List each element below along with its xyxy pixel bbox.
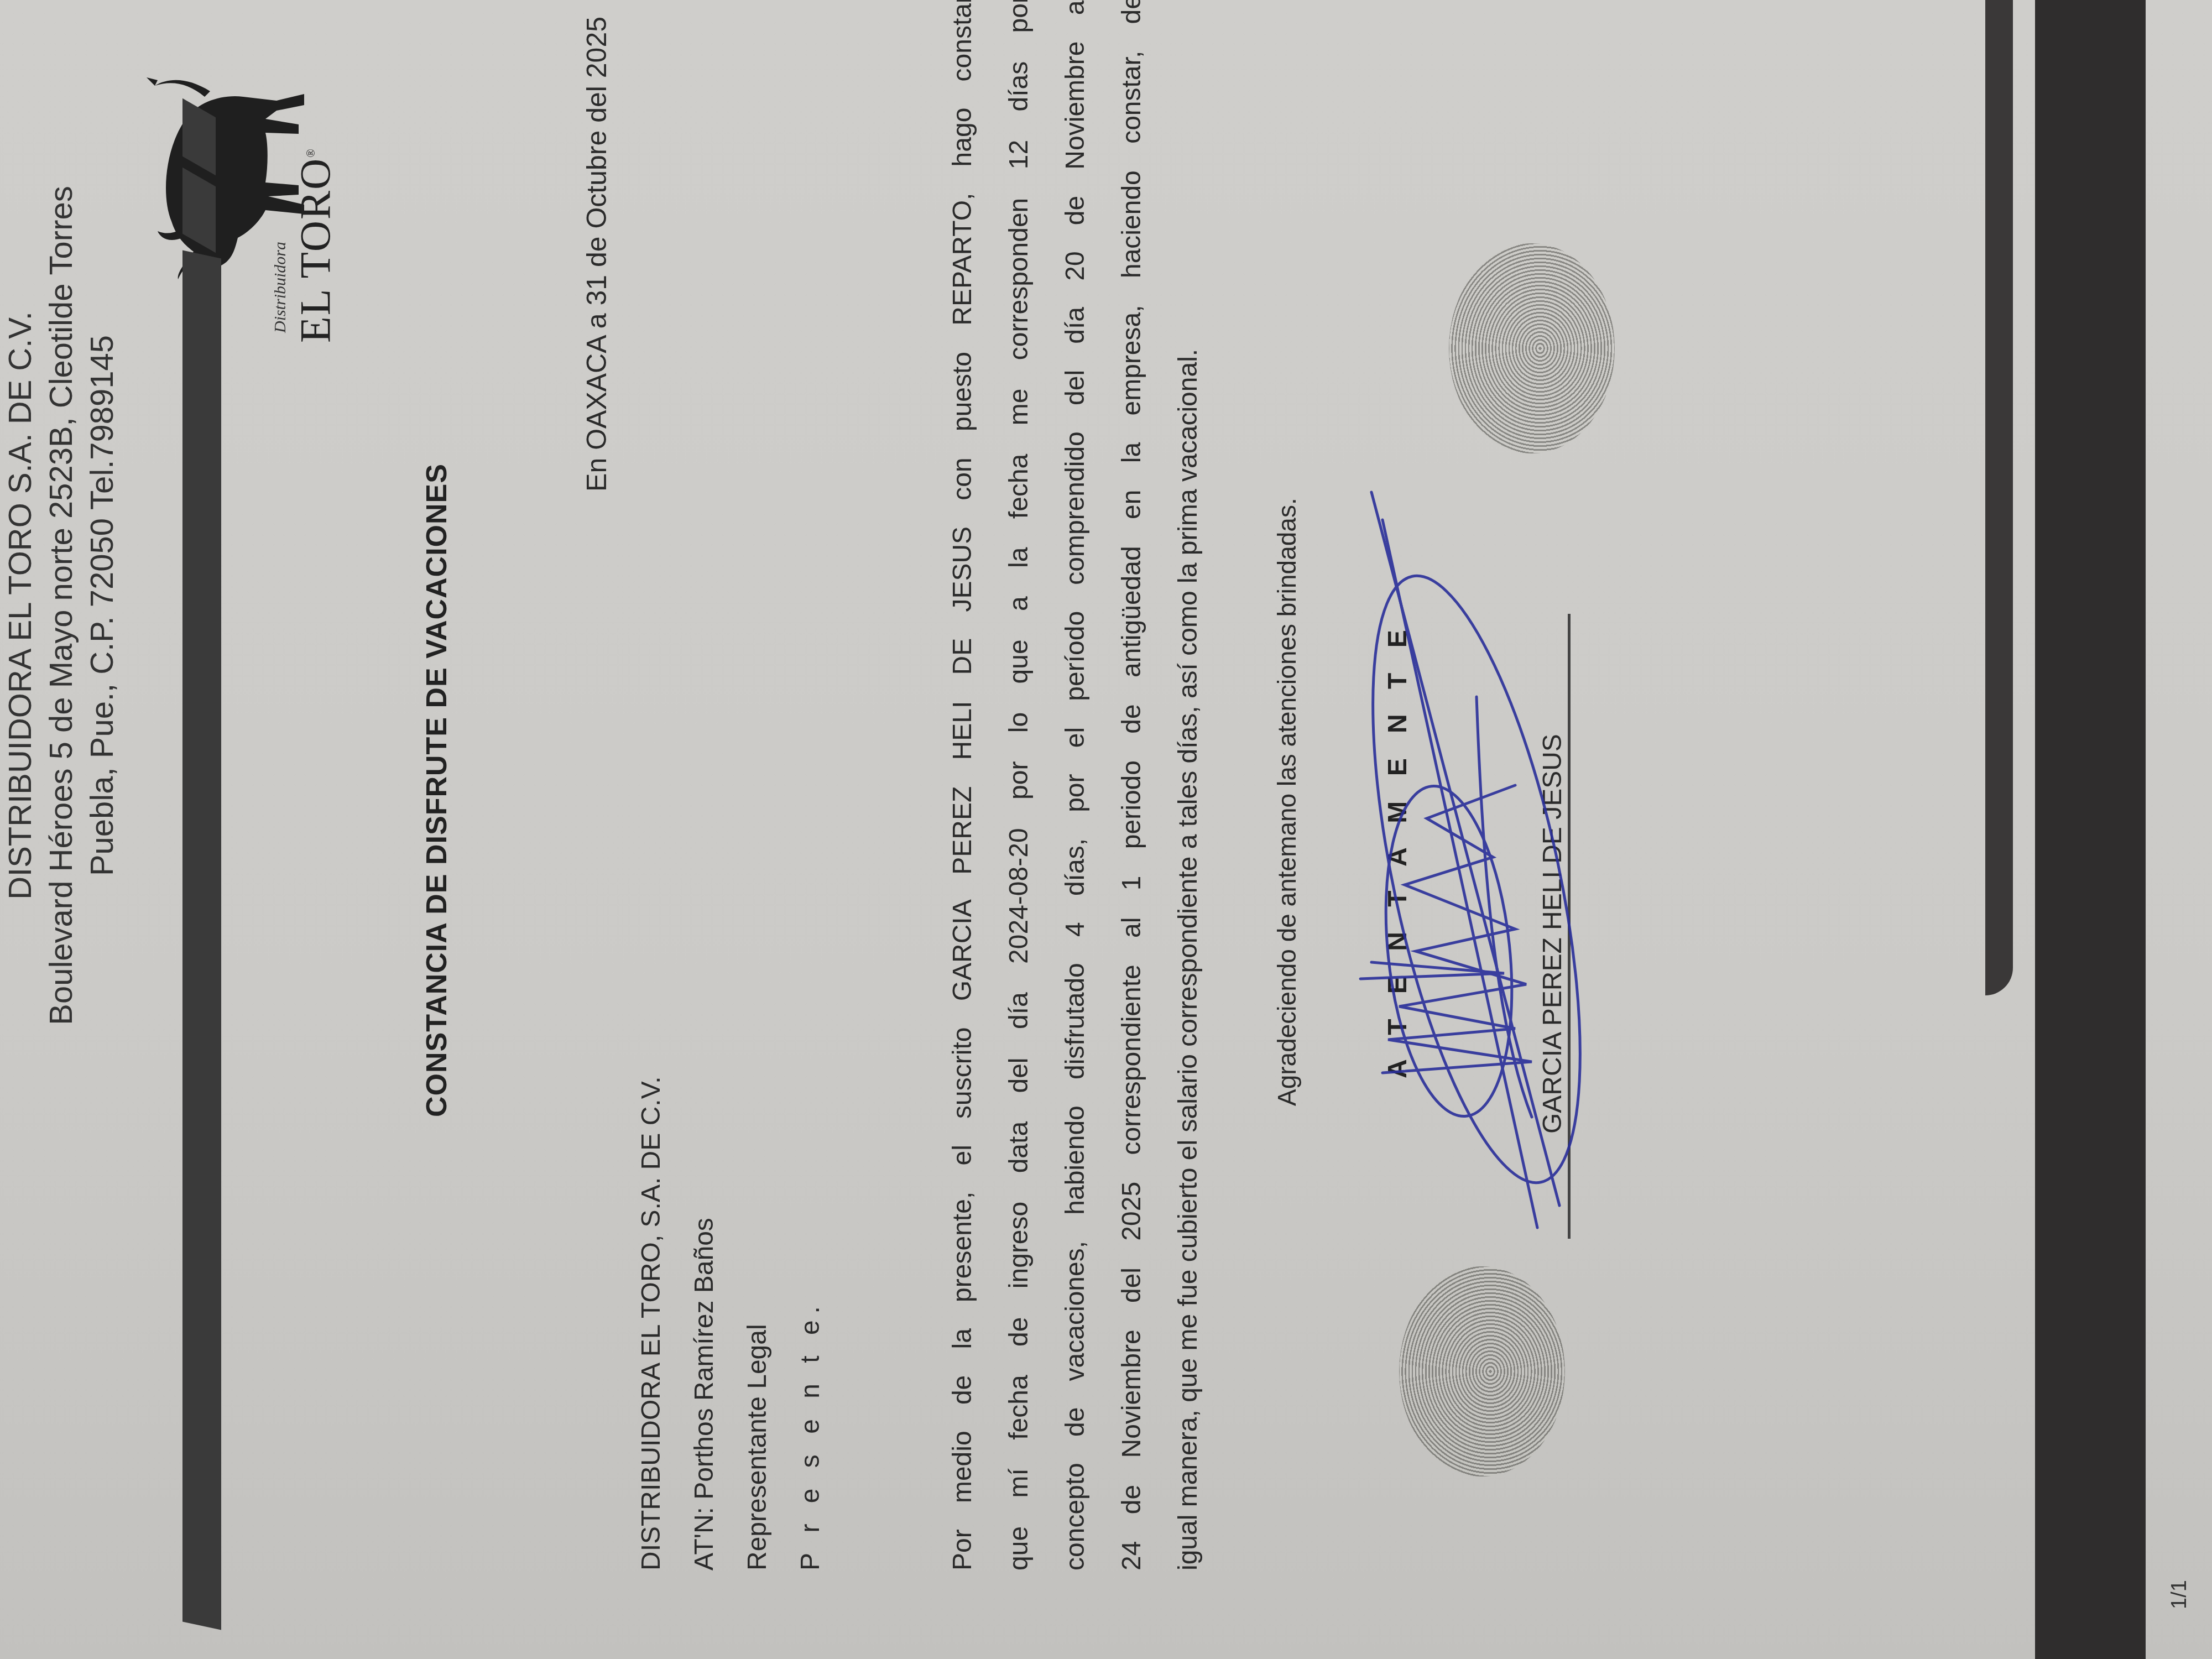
signature-icon xyxy=(1349,465,1604,1239)
registered-mark: ® xyxy=(305,148,317,157)
body-line: igual manera, que me fue cubierto el sal… xyxy=(1160,0,1217,1571)
document-page: DISTRIBUIDORA EL TORO S.A. DE C.V. Boule… xyxy=(0,0,2212,1659)
fingerprint-icon xyxy=(1449,243,1615,453)
addressee-role: Representante Legal xyxy=(742,1076,795,1571)
logo-small-text: Distribuidora xyxy=(271,66,290,333)
salutation: P r e s e n t e. xyxy=(795,1076,848,1571)
company-name: DISTRIBUIDORA EL TORO S.A. DE C.V. xyxy=(0,66,41,1145)
body-line: Por medio de la presente, el suscrito GA… xyxy=(935,0,991,1571)
decorative-bar xyxy=(1985,0,2013,995)
logo-wordmark: Distribuidora EL TORO® xyxy=(271,66,337,343)
fingerprint-icon xyxy=(1399,1266,1565,1477)
decorative-bar xyxy=(2035,0,2146,1659)
addressee-attention: AT'N: Porthos Ramírez Baños xyxy=(689,1076,742,1571)
body-line: concepto de vacaciones, habiendo disfrut… xyxy=(1047,0,1104,1571)
addressee-company: DISTRIBUIDORA EL TORO, S.A. DE C.V. xyxy=(636,1076,689,1571)
body-paragraph: Por medio de la presente, el suscrito GA… xyxy=(935,0,1217,1571)
address-line-2: Puebla, Pue., C.P. 72050 Tel.7989145 xyxy=(82,66,123,1145)
addressee-block: DISTRIBUIDORA EL TORO, S.A. DE C.V. AT'N… xyxy=(636,1076,848,1571)
page-counter: 1/1 xyxy=(2168,1580,2192,1609)
letterhead: DISTRIBUIDORA EL TORO S.A. DE C.V. Boule… xyxy=(0,66,123,1145)
place-date: En OAXACA a 31 de Octubre del 2025 xyxy=(581,17,613,658)
decorative-bar xyxy=(182,251,221,1630)
body-line: que mí fecha de ingreso data del día 202… xyxy=(991,0,1047,1571)
document-title: CONSTANCIA DE DISFRUTE DE VACACIONES xyxy=(420,122,453,1117)
address-line-1: Boulevard Héroes 5 de Mayo norte 2523B, … xyxy=(41,66,82,1145)
closing-text: Agradeciendo de antemano las atenciones … xyxy=(1272,498,1302,1106)
logo-brand: EL TORO xyxy=(291,158,339,343)
body-line: 24 de Noviembre del 2025 correspondiente… xyxy=(1104,0,1160,1571)
